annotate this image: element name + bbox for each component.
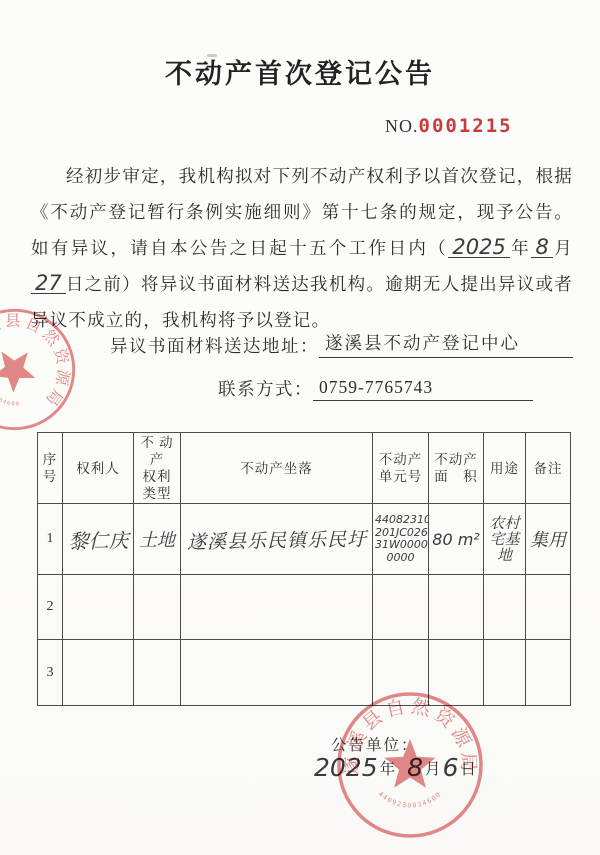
registration-table: 序号 权利人 不 动 产 权利类型 不动产坐落 不动产 单元号 不动产 面 积 … [37,432,571,706]
header-note: 备注 [526,433,571,504]
header-location: 不动产坐落 [181,433,373,504]
table-row: 1 黎仁庆 土地 遂溪县乐民镇乐民圩 440823108 201JC026 31… [38,504,571,575]
objection-address-line: 异议书面材料送达地址： 遂溪县不动产登记中心 [110,330,573,358]
document-number-value: 0001215 [419,115,513,137]
star-icon [0,339,45,397]
table-row: 3 [38,640,571,706]
svg-text:4409230034600: 4409230034600 [377,790,443,810]
row2-seq: 2 [38,575,63,640]
row1-location: 遂溪县乐民镇乐民圩 [180,502,373,576]
document-number: NO.0001215 [385,115,513,137]
row1-holder: 黎仁庆 [62,503,134,575]
month-unit: 月 [553,238,573,258]
row2-area [429,575,484,640]
header-right-type: 不 动 产 权利类型 [134,433,181,504]
contact-value: 0759-7765743 [313,377,533,401]
objection-address-value: 遂溪县不动产登记中心 [319,330,573,358]
row2-location [181,575,373,640]
row2-holder [63,575,134,640]
row3-seq: 3 [38,640,63,706]
header-area: 不动产 面 积 [429,433,484,504]
star-icon [384,739,435,788]
page-title: 不动产首次登记公告 [0,52,600,91]
deadline-day-fill: 27 [31,273,66,294]
row3-note [526,640,571,706]
official-seal-stamp: 遂溪县自然资源局 4409230034600 [335,690,485,840]
deadline-month-fill: 8 [531,237,553,258]
contact-line: 联系方式： 0759-7765743 [218,376,533,401]
row2-usage [484,575,526,640]
row2-note [526,575,571,640]
table-row: 2 [38,575,571,640]
row1-seq: 1 [38,504,63,575]
row3-holder [63,640,134,706]
contact-label: 联系方式： [218,376,313,401]
deadline-year-fill: 2025 [448,237,510,258]
document-page: 不动产首次登记公告 NO.0001215 经初步审定，我机构拟对下列不动产权利予… [0,0,600,855]
row2-right-type [134,575,181,640]
row1-right-type: 土地 [134,504,181,575]
row3-right-type [134,640,181,706]
document-number-label: NO. [385,116,419,136]
objection-address-label: 异议书面材料送达地址： [110,333,319,358]
header-usage: 用途 [484,433,526,504]
row1-area: 80 m² [429,504,484,575]
row1-note: 集用 [526,504,571,575]
announcement-paragraph: 经初步审定，我机构拟对下列不动产权利予以首次登记，根据《不动产登记暂行条例实施细… [31,158,573,338]
row1-usage: 农村 宅基 地 [484,504,526,575]
header-unit-no: 不动产 单元号 [373,433,429,504]
year-unit: 年 [510,238,531,258]
row1-unit-no: 440823108 201JC026 31W0000 0000 [373,504,429,575]
row3-usage [484,640,526,706]
paragraph-segment-2: 日之前）将异议书面材料送达我机构。逾期无人提出异议或者异议不成立的，我机构将予以… [31,274,573,330]
header-seq: 序号 [38,433,63,504]
table-header-row: 序号 权利人 不 动 产 权利类型 不动产坐落 不动产 单元号 不动产 面 积 … [38,433,571,504]
seal-code-text: 4409230034600 [377,790,443,810]
row2-unit-no [373,575,429,640]
header-holder: 权利人 [63,433,134,504]
